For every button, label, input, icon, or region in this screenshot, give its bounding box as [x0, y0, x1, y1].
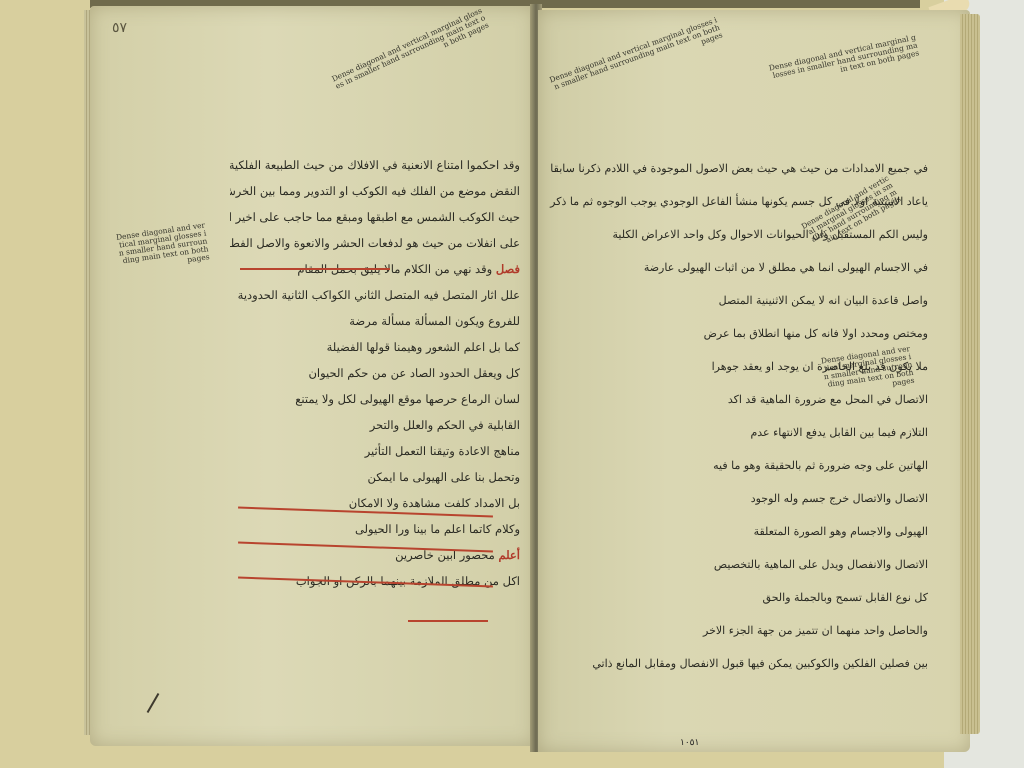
text-line: ياعاد الاثنينية اولا في كل جسم يكونها من…: [548, 185, 928, 218]
text-line: القابلية في الحكم والعلل والتحر: [230, 412, 520, 438]
left-main-text: وقد احكموا امتناع الانعنية في الافلاك من…: [230, 152, 520, 682]
text-line: الهيولى والاجسام وهو الصورة المتعلقة: [548, 515, 928, 548]
red-underline: [240, 268, 390, 270]
right-main-text: في جميع الامدادات من حيث هي حيث بعض الاص…: [548, 152, 928, 692]
text-line: التلازم فيما بين القابل يدفع الانتهاء عد…: [548, 416, 928, 449]
text-line: والحاصل واحد منهما ان تتميز من جهة الجزء…: [548, 614, 928, 647]
text-line: ومختص ومحدد اولا فانه كل منها انطلاق بما…: [548, 317, 928, 350]
text-line: وقد احكموا امتناع الانعنية في الافلاك من…: [230, 152, 520, 178]
text-line: وليس الكم المستقبل وان الحيوانات الاحوال…: [548, 218, 928, 251]
text-line: في جميع الامدادات من حيث هي حيث بعض الاص…: [548, 152, 928, 185]
page-number: ١٠٥١: [680, 738, 699, 748]
text-line: كل نوع القابل تسمح وبالجملة والحق: [548, 581, 928, 614]
open-manuscript: ٥٧ Dense diagonal and vertical marginal …: [90, 4, 980, 752]
text-line: بين فصلين الفلكين والكوكبين يمكن فيها قب…: [548, 647, 928, 680]
rubric-heading: فصل: [496, 262, 520, 276]
text-line: لسان الرماع حرصها موقع الهيولى لكل ولا ي…: [230, 386, 520, 412]
text-line: الاتصال في المحل مع ضرورة الماهية قد اكد: [548, 383, 928, 416]
text-line: كل ويعقل الحدود الصاد عن من حكم الحيوان: [230, 360, 520, 386]
folio-number: ٥٧: [112, 20, 127, 36]
rubric-word: أعلم: [498, 548, 520, 562]
text-line: في الاجسام الهيولى انما هي مطلق لا من اث…: [548, 251, 928, 284]
text-line: للفروع ويكون المسألة مسألة مرضة: [230, 308, 520, 334]
text-line: الهاتين على وجه ضرورة ثم بالحقيقة وهو ما…: [548, 449, 928, 482]
text-line: مناهج الاعادة وتيقنا التعمل التأثير: [230, 438, 520, 464]
page-edges-right: [960, 14, 980, 734]
text-line: وتحمل بنا على الهيولى ما ايمكن: [230, 464, 520, 490]
left-page: ٥٧ Dense diagonal and vertical marginal …: [90, 6, 535, 746]
red-underline: [408, 620, 488, 622]
text-line: الاتصال والاتصال خرج جسم وله الوجود: [548, 482, 928, 515]
text-line: النقض موضع من الفلك فيه الكوكب او التدوي…: [230, 178, 520, 204]
text-line: على انفلات من حيث هو لدفعات الحشر والانع…: [230, 230, 520, 256]
marginal-gloss-top-left: Dense diagonal and vertical marginal glo…: [546, 16, 749, 172]
text-line: كما بل اعلم الشعور وهيمنا قولها الفضيلة: [230, 334, 520, 360]
text-line: واصل قاعدة البيان انه لا يمكن الاثنينية …: [548, 284, 928, 317]
text-line: وكلام كاتما اعلم ما بينا ورا الحيولى: [230, 516, 520, 542]
text-line: ملا يكون قد بلغ الحاصرة ان يوجد او يعقد …: [548, 350, 928, 383]
right-page: Dense diagonal and vertical marginal glo…: [538, 10, 970, 752]
text-line: علل اثار المتصل فيه المتصل الثاني الكواك…: [230, 282, 520, 308]
pencil-mark: [147, 693, 160, 713]
text-line: حيث الكوكب الشمس مع اطبقها ومبقع مما حاج…: [230, 204, 520, 230]
text-line: الاتصال والانفصال ويدل على الماهية بالتخ…: [548, 548, 928, 581]
